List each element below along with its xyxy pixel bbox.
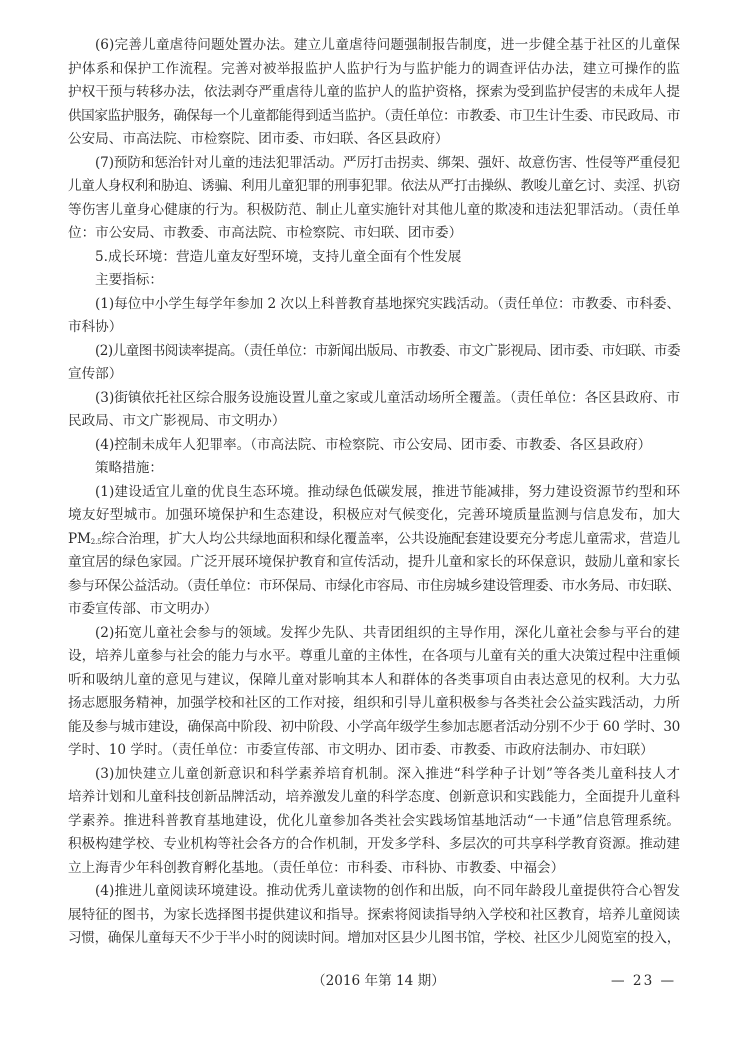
text-line: 积极构建学校、专业机构等社会各方的合作机制，开发多学科、多层次的可共享科学教育资… — [68, 833, 680, 857]
text-line: (3)加快建立儿童创新意识和科学素养培育机制。深入推进“科学种子计划”等各类儿童… — [68, 763, 680, 787]
text-line: 位：市公安局、市教委、市高法院、市检察院、市妇联、团市委） — [68, 222, 680, 246]
text-line: PM2.5综合治理，扩大人均公共绿地面积和绿化覆盖率，公共设施配套建设要充分考虑… — [68, 528, 680, 552]
text-line: (4)推进儿童阅读环境建设。推动优秀儿童读物的创作和出版，向不同年龄段儿童提供符… — [68, 880, 680, 904]
page-number: — 23 — — [611, 969, 676, 993]
text-line: 展特征的图书，为家长选择图书提供建议和指导。探索将阅读指导纳入学校和社区教育，培… — [68, 904, 680, 928]
text-line: (4)控制未成年人犯罪率。（市高法院、市检察院、市公安局、团市委、市教委、各区县… — [68, 434, 680, 458]
text-line: 设，培养儿童参与社会的能力与水平。尊重儿童的主体性，在各项与儿童有关的重大决策过… — [68, 645, 680, 669]
text-line: 听和吸纳儿童的意见与建议，保障儿童对影响其本人和群体的各类事项自由表达意见的权利… — [68, 669, 680, 693]
text-line: 参与环保公益活动。（责任单位：市环保局、市绿化市容局、市住房城乡建设管理委、市水… — [68, 575, 680, 599]
line-text: 综合治理，扩大人均公共绿地面积和绿化覆盖率，公共设施配套建设要充分考虑儿童需求，… — [101, 531, 680, 547]
text-line: 境友好型城市。加强环境保护和生态建设，积极应对气候变化，完善环境质量监测与信息发… — [68, 504, 680, 528]
text-line: 公安局、市高法院、市检察院、团市委、市妇联、各区县政府） — [68, 128, 680, 152]
text-line: 学素养。推进科普教育基地建设，优化儿童参加各类社会实践场馆基地活动“一卡通”信息… — [68, 810, 680, 834]
pm-label: PM — [68, 531, 91, 547]
text-line: (2)儿童图书阅读率提高。（责任单位：市新闻出版局、市教委、市文广影视局、团市委… — [68, 340, 680, 364]
text-line: 培养计划和儿童科技创新品牌活动，培养激发儿童的科学态度、创新意识和实践能力，全面… — [68, 786, 680, 810]
text-line: 供国家监护服务，确保每一个儿童都能得到适当监护。（责任单位：市教委、市卫生计生委… — [68, 105, 680, 129]
text-line: (3)街镇依托社区综合服务设施设置儿童之家或儿童活动场所全覆盖。（责任单位：各区… — [68, 387, 680, 411]
text-line: 儿童人身权利和胁迫、诱骗、利用儿童犯罪的刑事犯罪。依法从严打击操纵、教唆儿童乞讨… — [68, 175, 680, 199]
text-line: (2)拓宽儿童社会参与的领域。发挥少先队、共青团组织的主导作用，深化儿童社会参与… — [68, 622, 680, 646]
text-line: 护体系和保护工作流程。完善对被举报监护人监护行为与监护能力的调查评估办法，建立可… — [68, 58, 680, 82]
text-line: (7)预防和惩治针对儿童的违法犯罪活动。严厉打击拐卖、绑架、强奸、故意伤害、性侵… — [68, 152, 680, 176]
text-line: 习惯，确保儿童每天不少于半小时的阅读时间。增加对区县少儿图书馆，学校、社区少儿阅… — [68, 927, 680, 951]
page-footer: （2016 年第 14 期） — 23 — — [0, 969, 751, 993]
text-line: 5.成长环境：营造儿童友好型环境，支持儿童全面有个性发展 — [68, 246, 680, 270]
pm-subscript: 2.5 — [91, 538, 102, 546]
text-line: 等伤害儿童身心健康的行为。积极防范、制止儿童实施针对其他儿童的欺凌和违法犯罪活动… — [68, 199, 680, 223]
text-line: 扬志愿服务精神，加强学校和社区的工作对接，组织和引导儿童积极参与各类社会公益实践… — [68, 692, 680, 716]
text-line: 童宜居的绿色家园。广泛开展环境保护教育和宣传活动，提升儿童和家长的环保意识，鼓励… — [68, 551, 680, 575]
text-line: 市科协） — [68, 316, 680, 340]
text-line: (1)每位中小学生每学年参加 2 次以上科普教育基地探究实践活动。（责任单位：市… — [68, 293, 680, 317]
text-line: (1)建设适宜儿童的优良生态环境。推动绿色低碳发展，推进节能减排，努力建设资源节… — [68, 481, 680, 505]
text-line: 民政局、市文广影视局、市文明办） — [68, 410, 680, 434]
text-line: 主要指标： — [68, 269, 680, 293]
text-line: 宣传部） — [68, 363, 680, 387]
text-line: 学时、10 学时。（责任单位：市委宣传部、市文明办、团市委、市教委、市政府法制办… — [68, 739, 680, 763]
issue-label: （2016 年第 14 期） — [312, 969, 445, 993]
text-line: 立上海青少年科创教育孵化基地。（责任单位：市科委、市科协、市教委、中福会） — [68, 857, 680, 881]
text-line: 策略措施： — [68, 457, 680, 481]
text-line: 能及参与城市建设，确保高中阶段、初中阶段、小学高年级学生参加志愿者活动分别不少于… — [68, 716, 680, 740]
text-line: 市委宣传部、市文明办） — [68, 598, 680, 622]
text-line: 护权干预与转移办法，依法剥夺严重虐待儿童的监护人的监护资格，探索为受到监护侵害的… — [68, 81, 680, 105]
document-body: (6)完善儿童虐待问题处置办法。建立儿童虐待问题强制报告制度，进一步健全基于社区… — [68, 34, 680, 951]
text-line: (6)完善儿童虐待问题处置办法。建立儿童虐待问题强制报告制度，进一步健全基于社区… — [68, 34, 680, 58]
